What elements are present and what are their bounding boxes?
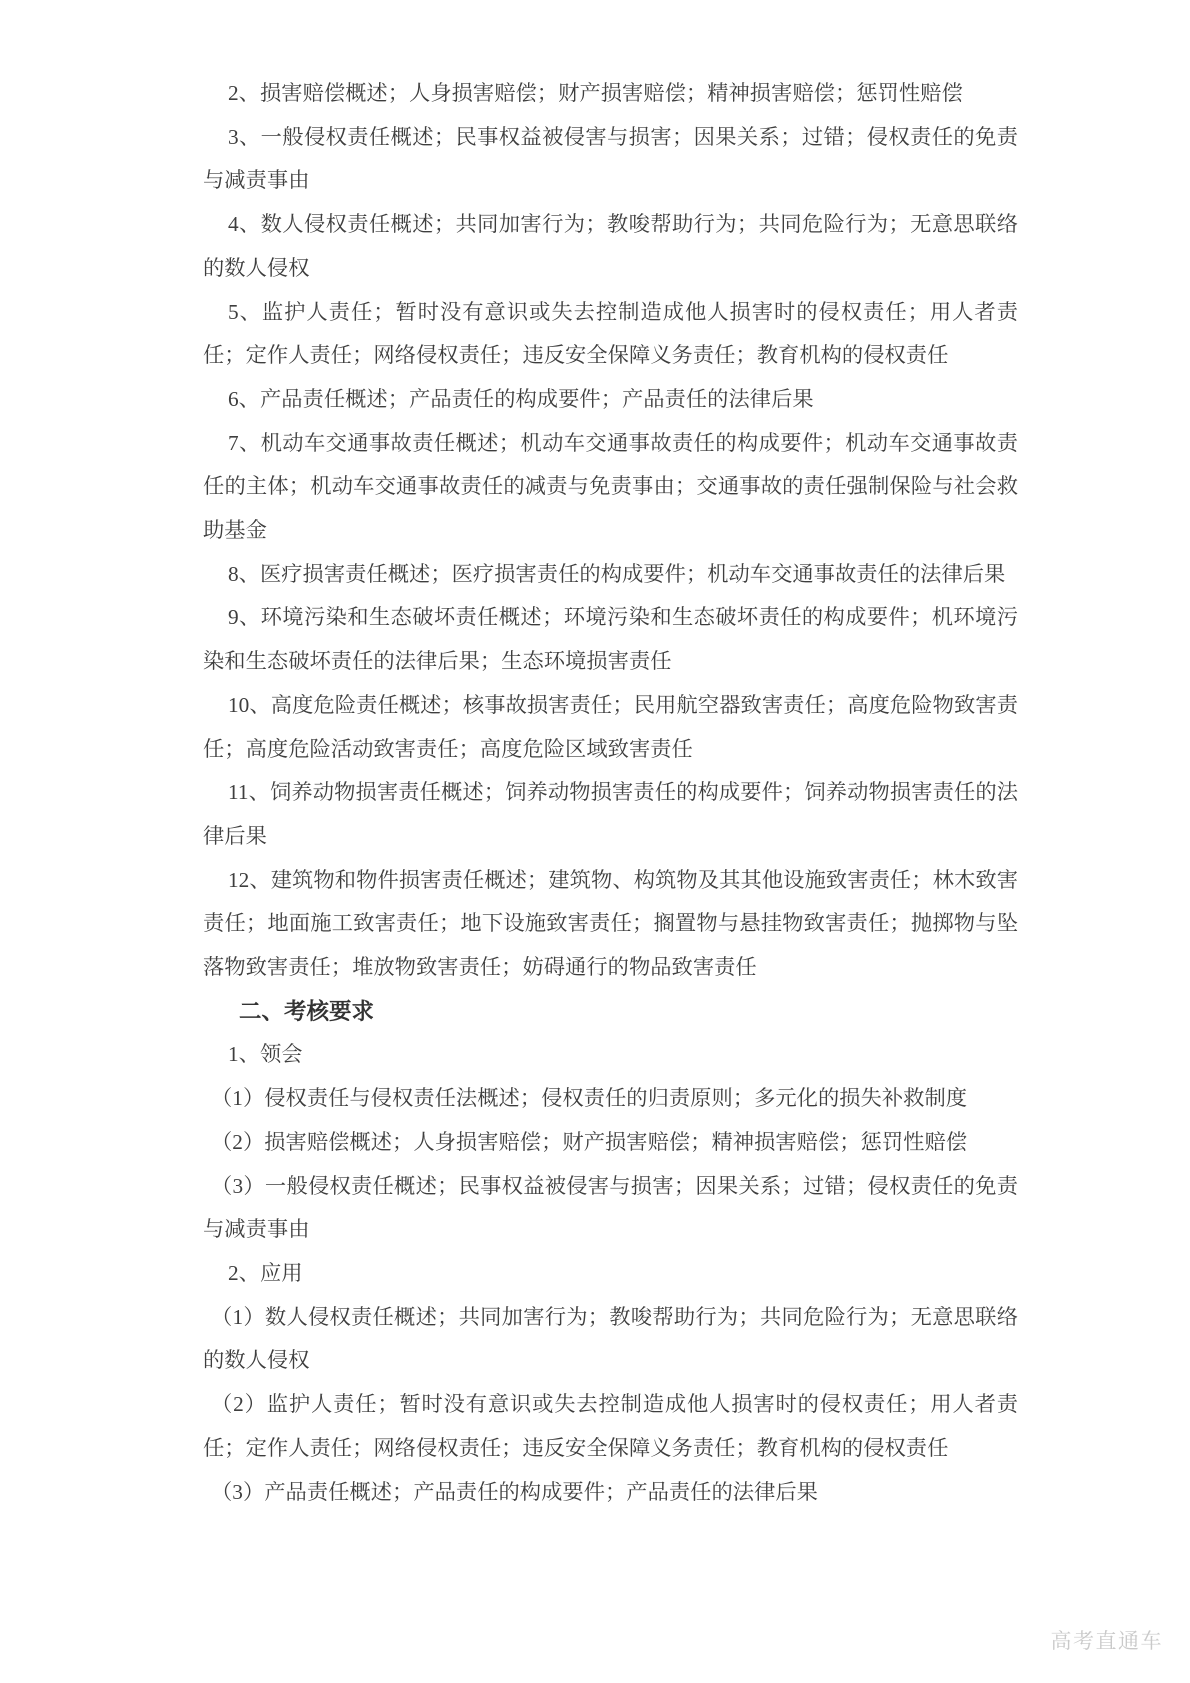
paragraph: 10、高度危险责任概述；核事故损害责任；民用航空器致害责任；高度危险物致害责任；…	[203, 684, 1018, 771]
section-heading: 二、考核要求	[203, 990, 1018, 1034]
paragraph: 11、饲养动物损害责任概述；饲养动物损害责任的构成要件；饲养动物损害责任的法律后…	[203, 771, 1018, 858]
paragraph: 2、应用	[203, 1252, 1018, 1296]
document-body: 2、损害赔偿概述；人身损害赔偿；财产损害赔偿；精神损害赔偿；惩罚性赔偿3、一般侵…	[0, 0, 1018, 1514]
paragraph: （1）数人侵权责任概述；共同加害行为；教唆帮助行为；共同危险行为；无意思联络的数…	[203, 1296, 1018, 1383]
paragraph: 1、领会	[203, 1033, 1018, 1077]
document-page: { "page": { "background": "#ffffff", "te…	[0, 0, 1190, 1683]
paragraph: 2、损害赔偿概述；人身损害赔偿；财产损害赔偿；精神损害赔偿；惩罚性赔偿	[203, 72, 1018, 116]
paragraph: （3）一般侵权责任概述；民事权益被侵害与损害；因果关系；过错；侵权责任的免责与减…	[203, 1165, 1018, 1252]
paragraph: 4、数人侵权责任概述；共同加害行为；教唆帮助行为；共同危险行为；无意思联络的数人…	[203, 203, 1018, 290]
paragraph: 9、环境污染和生态破坏责任概述；环境污染和生态破坏责任的构成要件；机环境污染和生…	[203, 596, 1018, 683]
paragraph: （1）侵权责任与侵权责任法概述；侵权责任的归责原则；多元化的损失补救制度	[203, 1077, 1018, 1121]
paragraph: 12、建筑物和物件损害责任概述；建筑物、构筑物及其其他设施致害责任；林木致害责任…	[203, 859, 1018, 990]
paragraph: 8、医疗损害责任概述；医疗损害责任的构成要件；机动车交通事故责任的法律后果	[203, 553, 1018, 597]
paragraph: （3）产品责任概述；产品责任的构成要件；产品责任的法律后果	[203, 1471, 1018, 1515]
paragraph: （2）损害赔偿概述；人身损害赔偿；财产损害赔偿；精神损害赔偿；惩罚性赔偿	[203, 1121, 1018, 1165]
paragraph: 7、机动车交通事故责任概述；机动车交通事故责任的构成要件；机动车交通事故责任的主…	[203, 422, 1018, 553]
paragraph: 6、产品责任概述；产品责任的构成要件；产品责任的法律后果	[203, 378, 1018, 422]
watermark: 高考直通车	[1051, 1625, 1164, 1655]
paragraph: 5、监护人责任；暂时没有意识或失去控制造成他人损害时的侵权责任；用人者责任；定作…	[203, 291, 1018, 378]
paragraph: （2）监护人责任；暂时没有意识或失去控制造成他人损害时的侵权责任；用人者责任；定…	[203, 1383, 1018, 1470]
paragraph: 3、一般侵权责任概述；民事权益被侵害与损害；因果关系；过错；侵权责任的免责与减责…	[203, 116, 1018, 203]
